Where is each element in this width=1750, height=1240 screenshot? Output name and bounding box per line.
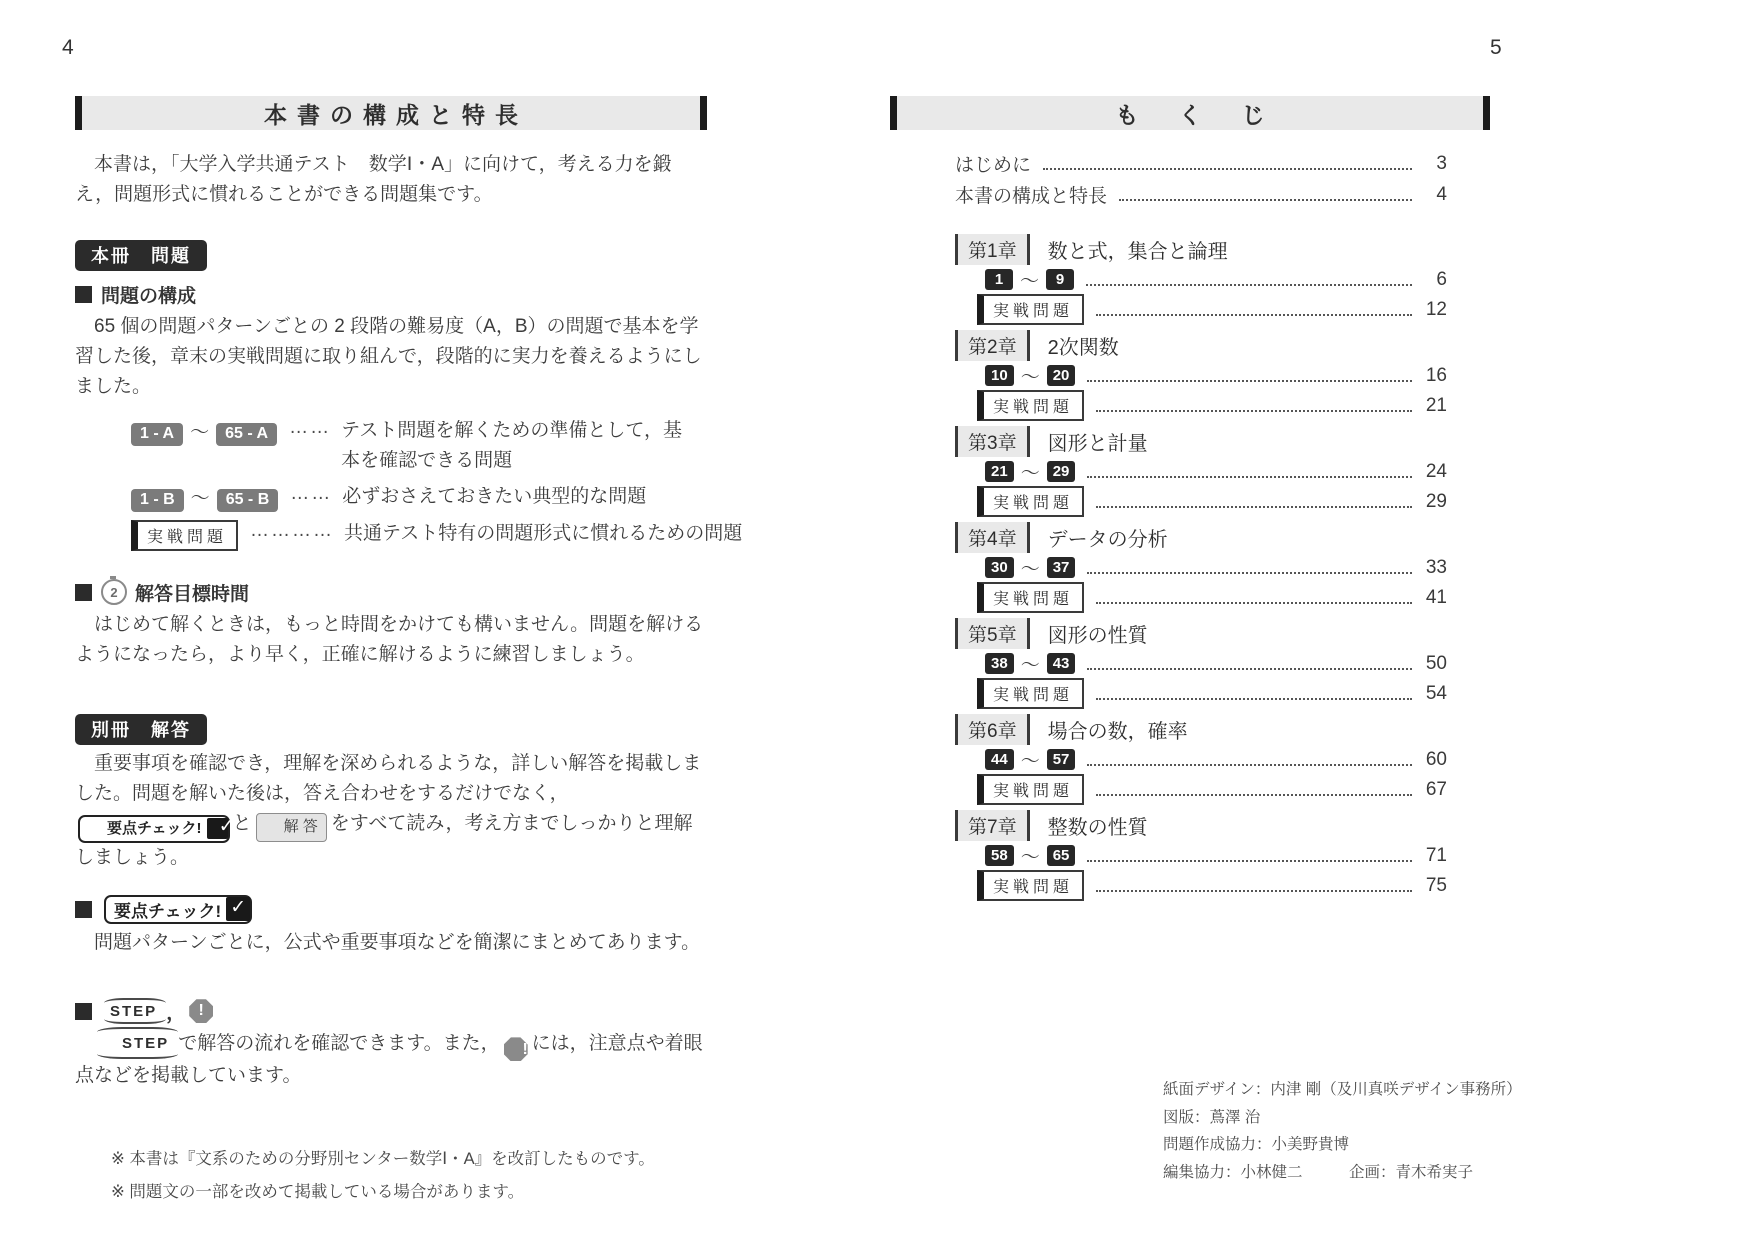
problem-number-badge: 30 [985,557,1014,578]
youten-check-badge: 要点チェック!✓ [78,815,230,843]
credit-line: 図版：蔦澤 治 [1163,1104,1522,1132]
problem-number-badge: 65 [1047,845,1076,866]
chapter-entry: 第6章 場合の数，確率 44～57 60 実戦問題 67 [955,715,1447,803]
chapter-title: 図形の性質 [1048,619,1148,648]
right-page: もくじ はじめに 3 本書の構成と特長 4 第1章 数と式，集合と論理 [890,96,1490,899]
tilde-text: ～ [1021,842,1040,869]
dot-leader [1096,314,1412,316]
dot-leader [1096,410,1412,412]
chapter-title: 数と式，集合と論理 [1048,235,1228,264]
tilde-text: ～ [191,488,210,509]
dot-leader [1096,602,1412,604]
tilde-text: ～ [1021,554,1040,581]
pattern-row-jissen: 実戦問題 ………… 共通テスト特有の問題形式に慣れるための問題 [131,519,707,551]
honsatsu-mondai-badge: 本冊 問題 [75,240,207,271]
pattern-badge-1a: 1 - A [131,423,183,446]
left-page: 本書の構成と特長 本書は，「大学入学共通テスト 数学Ⅰ・A」に向けて，考える力を… [75,96,707,1209]
problem-number-badge: 44 [985,749,1014,770]
chapter-title: 2次関数 [1048,331,1119,360]
pattern-row-b: 1 - B～65 - B …… 必ずおさえておきたい典型的な問題 [131,482,707,512]
book-spread: 4 5 本書の構成と特長 本書は，「大学入学共通テスト 数学Ⅰ・A」に向けて，考… [0,0,1750,1240]
tilde-text: ～ [1021,362,1040,389]
square-bullet-icon [75,286,92,303]
ellipsis-text: ………… [250,520,334,542]
problem-number-badge: 10 [985,365,1014,386]
dot-leader [1086,284,1412,286]
pattern-a-description: テスト問題を解くための準備として，基本を確認できる問題 [341,416,693,475]
chapter-problems-row: 1～9 6 [985,266,1447,293]
bessatsu-text-before: 重要事項を確認でき，理解を深められるような，詳しい解答を掲載しました。問題を解い… [75,753,701,804]
right-page-number: 5 [1490,36,1502,60]
step-heading: STEP ， ! [75,998,707,1025]
dot-leader [1087,380,1412,382]
left-page-title: 本書の構成と特長 [264,97,528,130]
bessatsu-kaitou-badge: 別冊 解答 [75,714,207,745]
problem-number-badge: 38 [985,653,1014,674]
chapter-label: 第4章 [955,522,1030,553]
step-paragraph: STEPで解答の流れを確認できます。また，!には，注意点や着眼点などを掲載してい… [75,1029,707,1092]
bessatsu-connector: と [233,813,252,834]
jissen-mondai-box: 実戦問題 [977,582,1084,613]
pattern-row-a: 1 - A～65 - A …… テスト問題を解くための準備として，基本を確認でき… [131,416,707,475]
chapter-problems-row: 21～29 24 [985,458,1447,485]
kaitou-badge: 解 答 [256,813,327,842]
left-title-bar: 本書の構成と特長 [75,96,707,130]
checkbox-icon: ✓ [226,897,250,921]
square-bullet-icon [75,901,92,918]
chapter-entry: 第5章 図形の性質 38～43 50 実戦問題 54 [955,619,1447,707]
left-page-number: 4 [62,36,74,60]
chapter-title: 場合の数，確率 [1048,715,1188,744]
jissen-description: 共通テスト特有の問題形式に慣れるための問題 [344,519,742,548]
credits-block: 紙面デザイン：内津 剛（及川真咲デザイン事務所） 図版：蔦澤 治 問題作成協力：… [1163,1076,1522,1186]
chapter-heading: 第4章 データの分析 [955,523,1447,551]
dot-leader [1087,668,1412,670]
ellipsis-text: …… [290,483,332,505]
jissen-mondai-box: 実戦問題 [977,678,1084,709]
tilde-text: ～ [1021,746,1040,773]
chapter-label: 第5章 [955,618,1030,649]
problem-number-badge: 9 [1046,269,1074,290]
chapter-heading: 第6章 場合の数，確率 [955,715,1447,743]
toc-entry-hajimeni: はじめに 3 [955,150,1447,177]
dot-leader [1096,890,1412,892]
tilde-text: ～ [1021,650,1040,677]
youten-paragraph: 問題パターンごとに，公式や重要事項などを簡潔にまとめてあります。 [75,928,707,958]
chapter-entry: 第7章 整数の性質 58～65 71 実戦問題 75 [955,811,1447,899]
chapter-entry: 第1章 数と式，集合と論理 1～9 6 実戦問題 12 [955,235,1447,323]
chapter-entry: 第2章 2次関数 10～20 16 実戦問題 21 [955,331,1447,419]
chapter-label: 第2章 [955,330,1030,361]
footnote-2: ※ 問題文の一部を改めて掲載している場合があります。 [111,1176,707,1209]
chapter-practice-row: 実戦問題 54 [977,680,1447,707]
intro-paragraph: 本書は，「大学入学共通テスト 数学Ⅰ・A」に向けて，考える力を鍛え，問題形式に慣… [75,150,707,210]
jissen-mondai-box: 実戦問題 [977,870,1084,901]
square-bullet-icon [75,1003,92,1020]
chapter-heading: 第5章 図形の性質 [955,619,1447,647]
dot-leader [1119,199,1412,201]
table-of-contents: はじめに 3 本書の構成と特長 4 第1章 数と式，集合と論理 1～9 [955,150,1447,899]
pattern-badge-65b: 65 - B [217,489,279,512]
problem-number-badge: 58 [985,845,1014,866]
chapter-title: 図形と計量 [1048,427,1148,456]
chapter-problems-row: 58～65 71 [985,842,1447,869]
step-icon: STEP [98,1031,174,1057]
chapter-problems-row: 10～20 16 [985,362,1447,389]
youten-check-badge: 要点チェック! ✓ [104,895,252,924]
credit-line: 問題作成協力：小美野貴博 [1163,1131,1522,1159]
problem-number-badge: 37 [1047,557,1076,578]
dot-leader [1096,794,1412,796]
problem-number-badge: 29 [1047,461,1076,482]
chapter-heading: 第7章 整数の性質 [955,811,1447,839]
chapter-label: 第3章 [955,426,1030,457]
checkbox-icon: ✓ [207,818,228,839]
chapter-practice-row: 実戦問題 41 [977,584,1447,611]
warning-icon: ! [189,999,213,1023]
tilde-text: ～ [1021,458,1040,485]
chapter-title: データの分析 [1048,523,1168,552]
jissen-mondai-box: 実戦問題 [977,486,1084,517]
pattern-b-description: 必ずおさえておきたい典型的な問題 [342,482,646,511]
dot-leader [1087,476,1412,478]
chapter-list: 第1章 数と式，集合と論理 1～9 6 実戦問題 12 [955,235,1447,899]
pattern-badge-65a: 65 - A [216,423,277,446]
target-time-heading: 2 解答目標時間 [75,579,707,606]
step-icon: STEP [105,1002,162,1021]
jissen-mondai-box: 実戦問題 [977,390,1084,421]
chapter-practice-row: 実戦問題 75 [977,872,1447,899]
problem-number-badge: 43 [1047,653,1076,674]
chapter-heading: 第1章 数と式，集合と論理 [955,235,1447,263]
pattern-badge-1b: 1 - B [131,489,184,512]
toc-title-bar: もくじ [890,96,1490,130]
dot-leader [1087,572,1412,574]
chapter-practice-row: 実戦問題 12 [977,296,1447,323]
dot-leader [1043,168,1412,170]
jissen-mondai-box: 実戦問題 [977,294,1084,325]
chapter-heading: 第2章 2次関数 [955,331,1447,359]
footnote-1: ※ 本書は『文系のための分野別センター数学Ⅰ・A』を改訂したものです。 [111,1143,707,1176]
tilde-text: ～ [190,422,209,443]
chapter-problems-row: 44～57 60 [985,746,1447,773]
dot-leader [1087,860,1412,862]
footnotes: ※ 本書は『文系のための分野別センター数学Ⅰ・A』を改訂したものです。 ※ 問題… [111,1143,707,1209]
dot-leader [1087,764,1412,766]
square-bullet-icon [75,584,92,601]
credit-line: 紙面デザイン：内津 剛（及川真咲デザイン事務所） [1163,1076,1522,1104]
problem-number-badge: 21 [985,461,1014,482]
chapter-title: 整数の性質 [1048,811,1148,840]
problem-number-badge: 20 [1047,365,1076,386]
problem-number-badge: 1 [985,269,1013,290]
problem-number-badge: 57 [1047,749,1076,770]
toc-title: もくじ [1116,97,1305,130]
dot-leader [1096,698,1412,700]
chapter-label: 第7章 [955,810,1030,841]
chapter-entry: 第3章 図形と計量 21～29 24 実戦問題 29 [955,427,1447,515]
chapter-heading: 第3章 図形と計量 [955,427,1447,455]
tilde-text: ～ [1020,266,1039,293]
chapter-practice-row: 実戦問題 67 [977,776,1447,803]
chapter-label: 第6章 [955,714,1030,745]
chapter-practice-row: 実戦問題 29 [977,488,1447,515]
stopwatch-icon: 2 [101,579,127,605]
warning-icon: ! [504,1037,528,1061]
credit-line: 編集協力：小林健二 企画：青木希実子 [1163,1159,1522,1187]
step-text-mid: で解答の流れを確認できます。また， [178,1033,499,1054]
chapter-entry: 第4章 データの分析 30～37 33 実戦問題 41 [955,523,1447,611]
dot-leader [1096,506,1412,508]
chapter-label: 第1章 [955,234,1030,265]
bessatsu-paragraph: 重要事項を確認でき，理解を深められるような，詳しい解答を掲載しました。問題を解い… [75,749,707,873]
composition-paragraph: 65 個の問題パターンごとの 2 段階の難易度（A，B）の問題で基本を学習した後… [75,312,707,402]
jissen-mondai-box: 実戦問題 [977,774,1084,805]
chapter-problems-row: 38～43 50 [985,650,1447,677]
youten-heading: 要点チェック! ✓ [75,895,707,924]
composition-heading: 問題の構成 [75,281,707,308]
target-time-paragraph: はじめて解くときは，もっと時間をかけても構いません。問題を解けるようになったら，… [75,610,707,670]
pattern-legend: 1 - A～65 - A …… テスト問題を解くための準備として，基本を確認でき… [131,416,707,551]
toc-entry-kousei: 本書の構成と特長 4 [955,181,1447,208]
chapter-problems-row: 30～37 33 [985,554,1447,581]
jissen-mondai-box: 実戦問題 [131,520,238,551]
ellipsis-text: …… [289,417,331,439]
chapter-practice-row: 実戦問題 21 [977,392,1447,419]
